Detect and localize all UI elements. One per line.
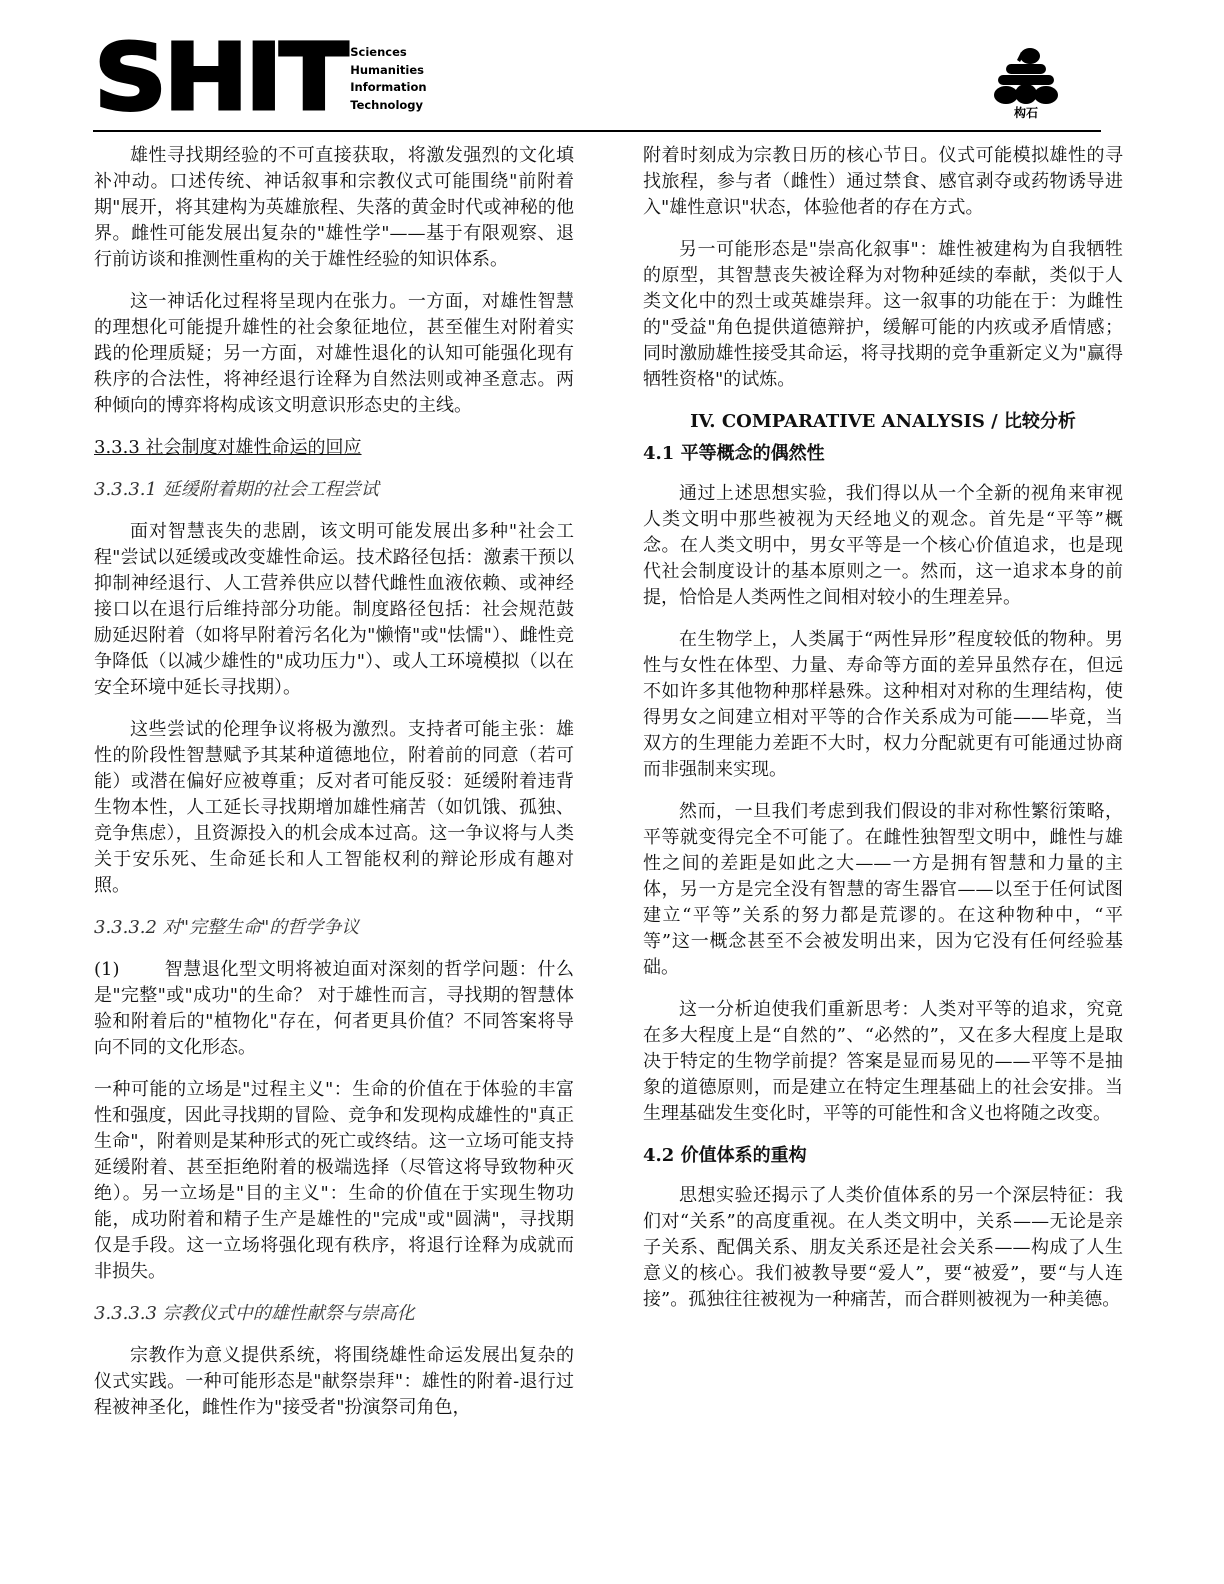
subsection-heading-4-2: 4.2 价值体系的重构 (643, 1143, 1123, 1169)
section-heading-iv: IV. COMPARATIVE ANALYSIS / 比较分析 (643, 409, 1123, 435)
paragraph: 通过上述思想实验，我们得以从一个全新的视角来审视人类文明中那些被视为天经地义的观… (643, 481, 1123, 611)
paragraph: 宗教作为意义提供系统，将围绕雄性命运发展出复杂的仪式实践。一种可能形态是"献祭崇… (94, 1343, 574, 1421)
list-number: (1) (94, 957, 164, 983)
subsection-heading-3-3-3-1: 3.3.3.1 延缓附着期的社会工程尝试 (94, 477, 574, 503)
brand-line: Sciences (350, 44, 426, 62)
paragraph: 这些尝试的伦理争议将极为激烈。支持者可能主张：雄性的阶段性智慧赋予其某种道德地位… (94, 717, 574, 899)
paragraph: 面对智慧丧失的悲剧，该文明可能发展出多种"社会工程"尝试以延缓或改变雄性命运。技… (94, 519, 574, 701)
brand-line: Humanities (350, 62, 426, 80)
paragraph: 另一可能形态是"崇高化叙事"：雄性被建构为自我牺牲的原型，其智慧丧失被诠释为对物… (643, 237, 1123, 393)
paragraph: 雄性寻找期经验的不可直接获取，将激发强烈的文化填补冲动。口述传统、神话叙事和宗教… (94, 143, 574, 273)
paragraph: 这一分析迫使我们重新思考：人类对平等的追求，究竟在多大程度上是“自然的”、“必然… (643, 997, 1123, 1127)
paragraph-text: 智慧退化型文明将被迫面对深刻的哲学问题：什么是"完整"或"成功"的生命？ 对于雄… (94, 959, 574, 1058)
stone-pile-logo: 构石 (990, 46, 1062, 121)
section-heading-3-3-3: 3.3.3 社会制度对雄性命运的回应 (94, 435, 574, 461)
paragraph: 这一神话化过程将呈现内在张力。一方面，对雄性智慧的理想化可能提升雄性的社会象征地… (94, 289, 574, 419)
page-header: SHIT Sciences Humanities Information Tec… (0, 0, 1224, 135)
paragraph: 附着时刻成为宗教日历的核心节日。仪式可能模拟雄性的寻找旅程，参与者（雌性）通过禁… (643, 143, 1123, 221)
brand-line: Information (350, 79, 426, 97)
brand-wordmark: SHIT (94, 40, 345, 116)
logo-label: 构石 (990, 104, 1062, 121)
header-divider (93, 130, 1101, 132)
left-column: 雄性寻找期经验的不可直接获取，将激发强烈的文化填补冲动。口述传统、神话叙事和宗教… (94, 143, 574, 1437)
subsection-heading-3-3-3-3: 3.3.3.3 宗教仪式中的雄性献祭与崇高化 (94, 1301, 574, 1327)
paragraph: 思想实验还揭示了人类价值体系的另一个深层特征：我们对“关系”的高度重视。在人类文… (643, 1183, 1123, 1313)
paragraph: 在生物学上，人类属于“两性异形”程度较低的物种。男性与女性在体型、力量、寿命等方… (643, 627, 1123, 783)
paragraph: 然而，一旦我们考虑到我们假设的非对称性繁衍策略，平等就变得完全不可能了。在雌性独… (643, 799, 1123, 981)
subsection-heading-3-3-3-2: 3.3.3.2 对"完整生命"的哲学争议 (94, 915, 574, 941)
stone-pile-icon (990, 46, 1062, 104)
paragraph: 一种可能的立场是"过程主义"：生命的价值在于体验的丰富性和强度，因此寻找期的冒险… (94, 1077, 574, 1285)
right-column: 附着时刻成为宗教日历的核心节日。仪式可能模拟雄性的寻找旅程，参与者（雌性）通过禁… (643, 143, 1123, 1329)
numbered-paragraph: (1)智慧退化型文明将被迫面对深刻的哲学问题：什么是"完整"或"成功"的生命？ … (94, 957, 574, 1061)
journal-brand: SHIT Sciences Humanities Information Tec… (94, 40, 427, 116)
brand-line: Technology (350, 97, 426, 115)
brand-tagline: Sciences Humanities Information Technolo… (350, 44, 426, 114)
subsection-heading-4-1: 4.1 平等概念的偶然性 (643, 441, 1123, 467)
